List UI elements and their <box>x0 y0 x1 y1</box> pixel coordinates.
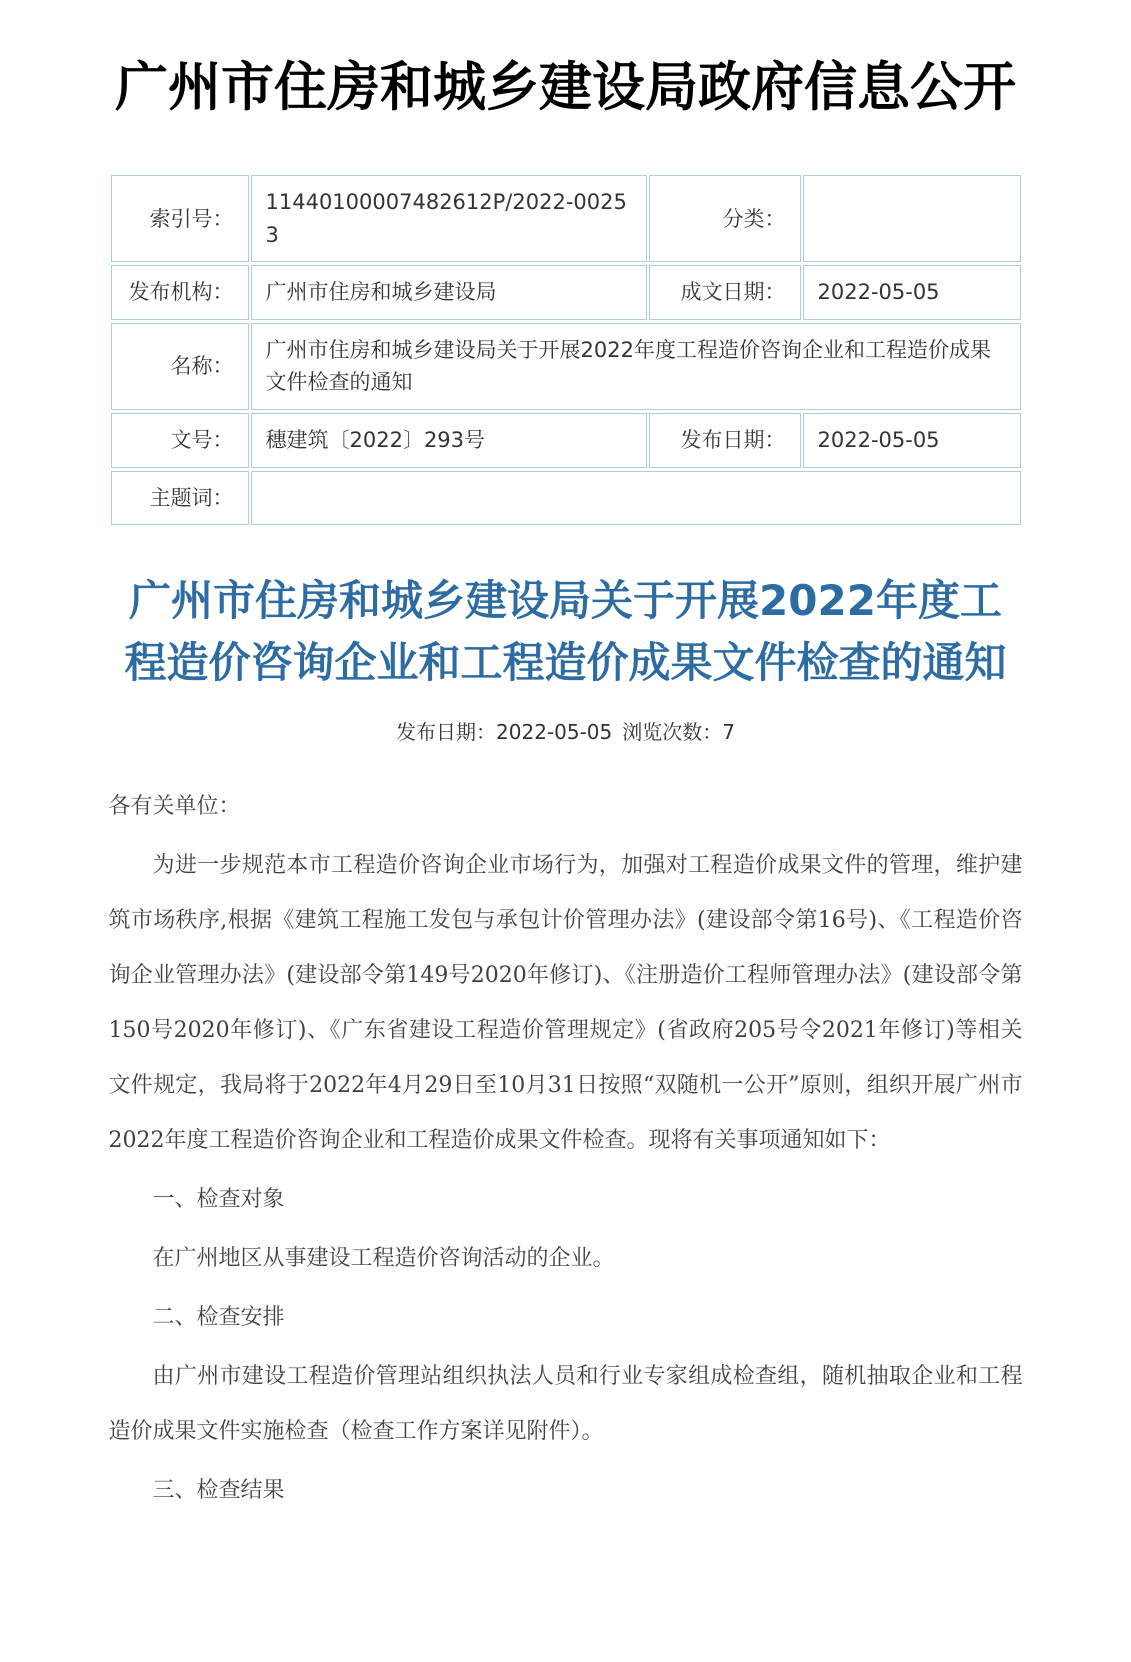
written-date-value: 2022-05-05 <box>803 265 1021 320</box>
publish-date-label: 发布日期： <box>649 413 801 468</box>
meta-table: 索引号： 11440100007482612P/2022-00253 分类： 发… <box>109 172 1023 528</box>
article-title: 广州市住房和城乡建设局关于开展2022年度工程造价咨询企业和工程造价成果文件检查… <box>109 570 1023 694</box>
keywords-label: 主题词： <box>111 471 249 526</box>
index-value: 11440100007482612P/2022-00253 <box>251 175 647 262</box>
article-views-value: 7 <box>722 720 735 744</box>
publish-info-line: 发布日期：2022-05-05浏览次数：7 <box>109 716 1023 745</box>
doc-no-label: 文号： <box>111 413 249 468</box>
body-paragraph: 为进一步规范本市工程造价咨询企业市场行为，加强对工程造价成果文件的管理，维护建筑… <box>109 838 1023 1168</box>
section-heading-3: 三、检查结果 <box>109 1463 1023 1518</box>
category-label: 分类： <box>649 175 801 262</box>
name-value: 广州市住房和城乡建设局关于开展2022年度工程造价咨询企业和工程造价成果文件检查… <box>251 323 1021 410</box>
page-title: 广州市住房和城乡建设局政府信息公开 <box>109 50 1023 125</box>
section-heading-1: 一、检查对象 <box>109 1172 1023 1227</box>
agency-label: 发布机构： <box>111 265 249 320</box>
body-paragraph: 在广州地区从事建设工程造价咨询活动的企业。 <box>109 1231 1023 1286</box>
meta-row-index-category: 索引号： 11440100007482612P/2022-00253 分类： <box>111 175 1021 262</box>
keywords-value <box>251 471 1021 526</box>
publish-date-value: 2022-05-05 <box>803 413 1021 468</box>
salutation-paragraph: 各有关单位： <box>109 779 1023 834</box>
category-value <box>803 175 1021 262</box>
section-heading-2: 二、检查安排 <box>109 1290 1023 1345</box>
article-publish-date-label: 发布日期： <box>396 716 496 745</box>
meta-row-agency-date: 发布机构： 广州市住房和城乡建设局 成文日期： 2022-05-05 <box>111 265 1021 320</box>
meta-row-name: 名称： 广州市住房和城乡建设局关于开展2022年度工程造价咨询企业和工程造价成果… <box>111 323 1021 410</box>
meta-row-docno-pubdate: 文号： 穗建筑〔2022〕293号 发布日期： 2022-05-05 <box>111 413 1021 468</box>
written-date-label: 成文日期： <box>649 265 801 320</box>
article-views-label: 浏览次数： <box>622 716 722 745</box>
meta-row-keywords: 主题词： <box>111 471 1021 526</box>
agency-value: 广州市住房和城乡建设局 <box>251 265 647 320</box>
body-paragraph: 由广州市建设工程造价管理站组织执法人员和行业专家组成检查组，随机抽取企业和工程造… <box>109 1349 1023 1459</box>
index-label: 索引号： <box>111 175 249 262</box>
article-body: 各有关单位： 为进一步规范本市工程造价咨询企业市场行为，加强对工程造价成果文件的… <box>109 779 1023 1662</box>
name-label: 名称： <box>111 323 249 410</box>
article-publish-date-value: 2022-05-05 <box>496 720 612 744</box>
page-container: 广州市住房和城乡建设局政府信息公开 索引号： 11440100007482612… <box>109 50 1023 1662</box>
doc-no-value: 穗建筑〔2022〕293号 <box>251 413 647 468</box>
